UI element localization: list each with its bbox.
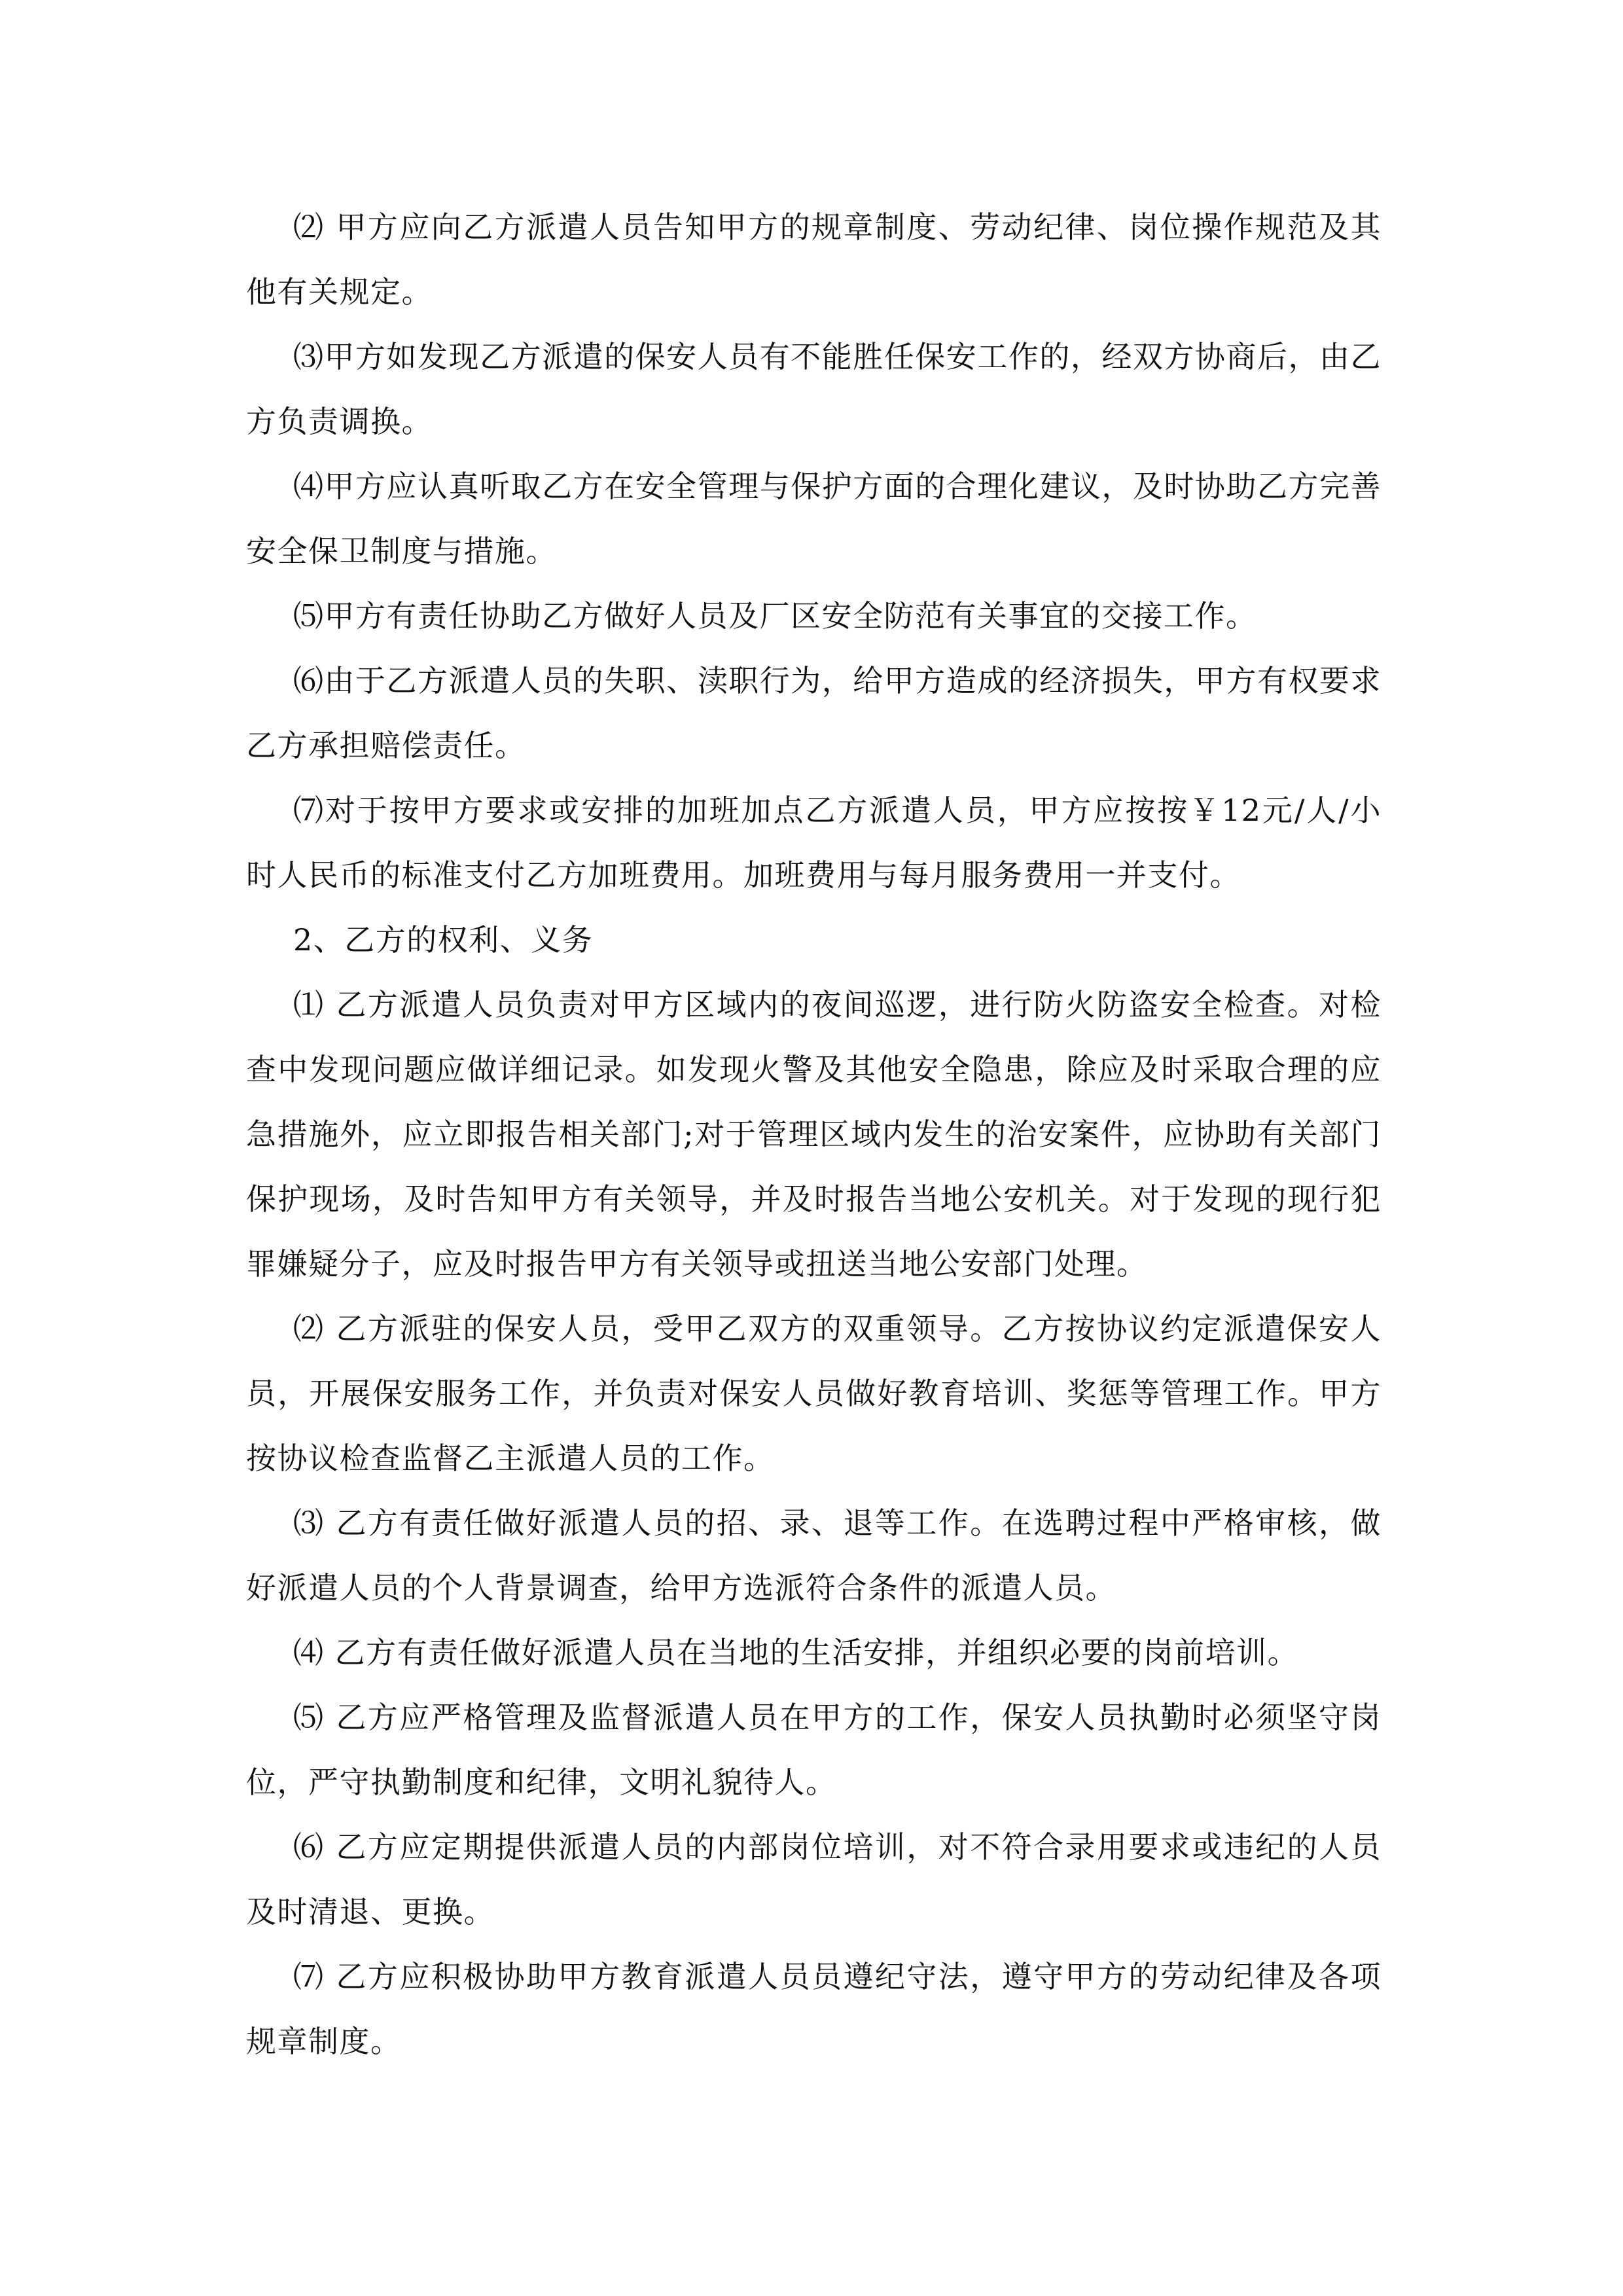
paragraph-party-b-item-5: ⑸ 乙方应严格管理及监督派遣人员在甲方的工作，保安人员执勤时必须坚守岗位，严守执… bbox=[246, 1685, 1382, 1815]
document-page: ⑵ 甲方应向乙方派遣人员告知甲方的规章制度、劳动纪律、岗位操作规范及其他有关规定… bbox=[246, 195, 1382, 2074]
paragraph-party-b-item-6: ⑹ 乙方应定期提供派遣人员的内部岗位培训，对不符合录用要求或违纪的人员及时清退、… bbox=[246, 1815, 1382, 1945]
paragraph-party-a-item-2: ⑵ 甲方应向乙方派遣人员告知甲方的规章制度、劳动纪律、岗位操作规范及其他有关规定… bbox=[246, 195, 1382, 325]
section-heading-party-b-rights: 2、乙方的权利、义务 bbox=[246, 908, 1382, 973]
paragraph-party-b-item-2: ⑵ 乙方派驻的保安人员，受甲乙双方的双重领导。乙方按协议约定派遣保安人员，开展保… bbox=[246, 1297, 1382, 1491]
paragraph-party-a-item-3: ⑶甲方如发现乙方派遣的保安人员有不能胜任保安工作的，经双方协商后，由乙方负责调换… bbox=[246, 325, 1382, 454]
paragraph-party-a-item-4: ⑷甲方应认真听取乙方在安全管理与保护方面的合理化建议，及时协助乙方完善安全保卫制… bbox=[246, 454, 1382, 584]
paragraph-party-a-item-6: ⑹由于乙方派遣人员的失职、渎职行为，给甲方造成的经济损失，甲方有权要求乙方承担赔… bbox=[246, 649, 1382, 778]
paragraph-party-b-item-4: ⑷ 乙方有责任做好派遣人员在当地的生活安排，并组织必要的岗前培训。 bbox=[246, 1621, 1382, 1685]
paragraph-party-b-item-7: ⑺ 乙方应积极协助甲方教育派遣人员员遵纪守法，遵守甲方的劳动纪律及各项规章制度。 bbox=[246, 1945, 1382, 2074]
paragraph-party-a-item-5: ⑸甲方有责任协助乙方做好人员及厂区安全防范有关事宜的交接工作。 bbox=[246, 584, 1382, 649]
paragraph-party-a-item-7: ⑺对于按甲方要求或安排的加班加点乙方派遣人员，甲方应按按￥12元/人/小时人民币… bbox=[246, 778, 1382, 908]
paragraph-party-b-item-3: ⑶ 乙方有责任做好派遣人员的招、录、退等工作。在选聘过程中严格审核，做好派遣人员… bbox=[246, 1491, 1382, 1621]
paragraph-party-b-item-1: ⑴ 乙方派遣人员负责对甲方区域内的夜间巡逻，进行防火防盗安全检查。对检查中发现问… bbox=[246, 973, 1382, 1297]
